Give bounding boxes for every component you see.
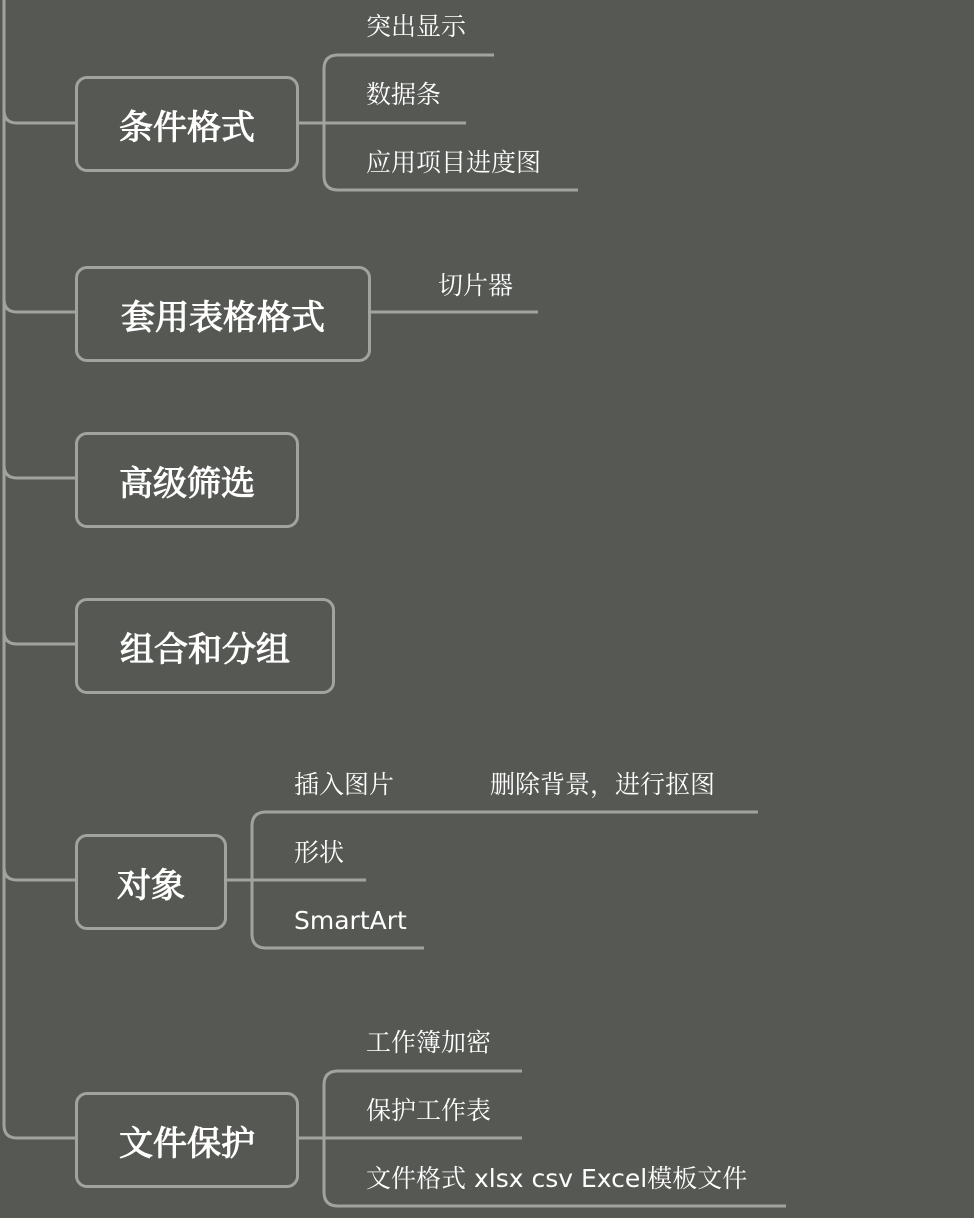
leaf-highlight[interactable]: 突出显示 (366, 14, 466, 39)
leaf-slicer[interactable]: 切片器 (438, 273, 513, 298)
branch-label: 高级筛选 (119, 456, 255, 505)
branch-label: 条件格式 (119, 100, 255, 149)
branch-file-protection[interactable]: 文件保护 (75, 1092, 299, 1188)
branch-conditional-format[interactable]: 条件格式 (75, 76, 299, 172)
leaf-remove-background[interactable]: 删除背景，进行抠图 (490, 772, 715, 797)
leaf-file-format[interactable]: 文件格式 xlsx csv Excel模板文件 (366, 1166, 747, 1191)
branch-group[interactable]: 组合和分组 (75, 598, 335, 694)
branch-label: 对象 (117, 858, 185, 907)
branch-object[interactable]: 对象 (75, 834, 227, 930)
leaf-protect-sheet[interactable]: 保护工作表 (366, 1098, 491, 1123)
leaf-insert-picture[interactable]: 插入图片 (294, 772, 394, 797)
branch-label: 文件保护 (119, 1116, 255, 1165)
branch-label: 套用表格格式 (121, 290, 325, 339)
leaf-progress-chart[interactable]: 应用项目进度图 (366, 150, 541, 175)
leaf-data-bar[interactable]: 数据条 (366, 82, 441, 107)
branch-advanced-filter[interactable]: 高级筛选 (75, 432, 299, 528)
leaf-workbook-encrypt[interactable]: 工作簿加密 (366, 1030, 491, 1055)
leaf-shape[interactable]: 形状 (294, 840, 344, 865)
branch-label: 组合和分组 (120, 622, 290, 671)
leaf-smartart[interactable]: SmartArt (294, 908, 407, 933)
branch-table-format[interactable]: 套用表格格式 (75, 266, 371, 362)
